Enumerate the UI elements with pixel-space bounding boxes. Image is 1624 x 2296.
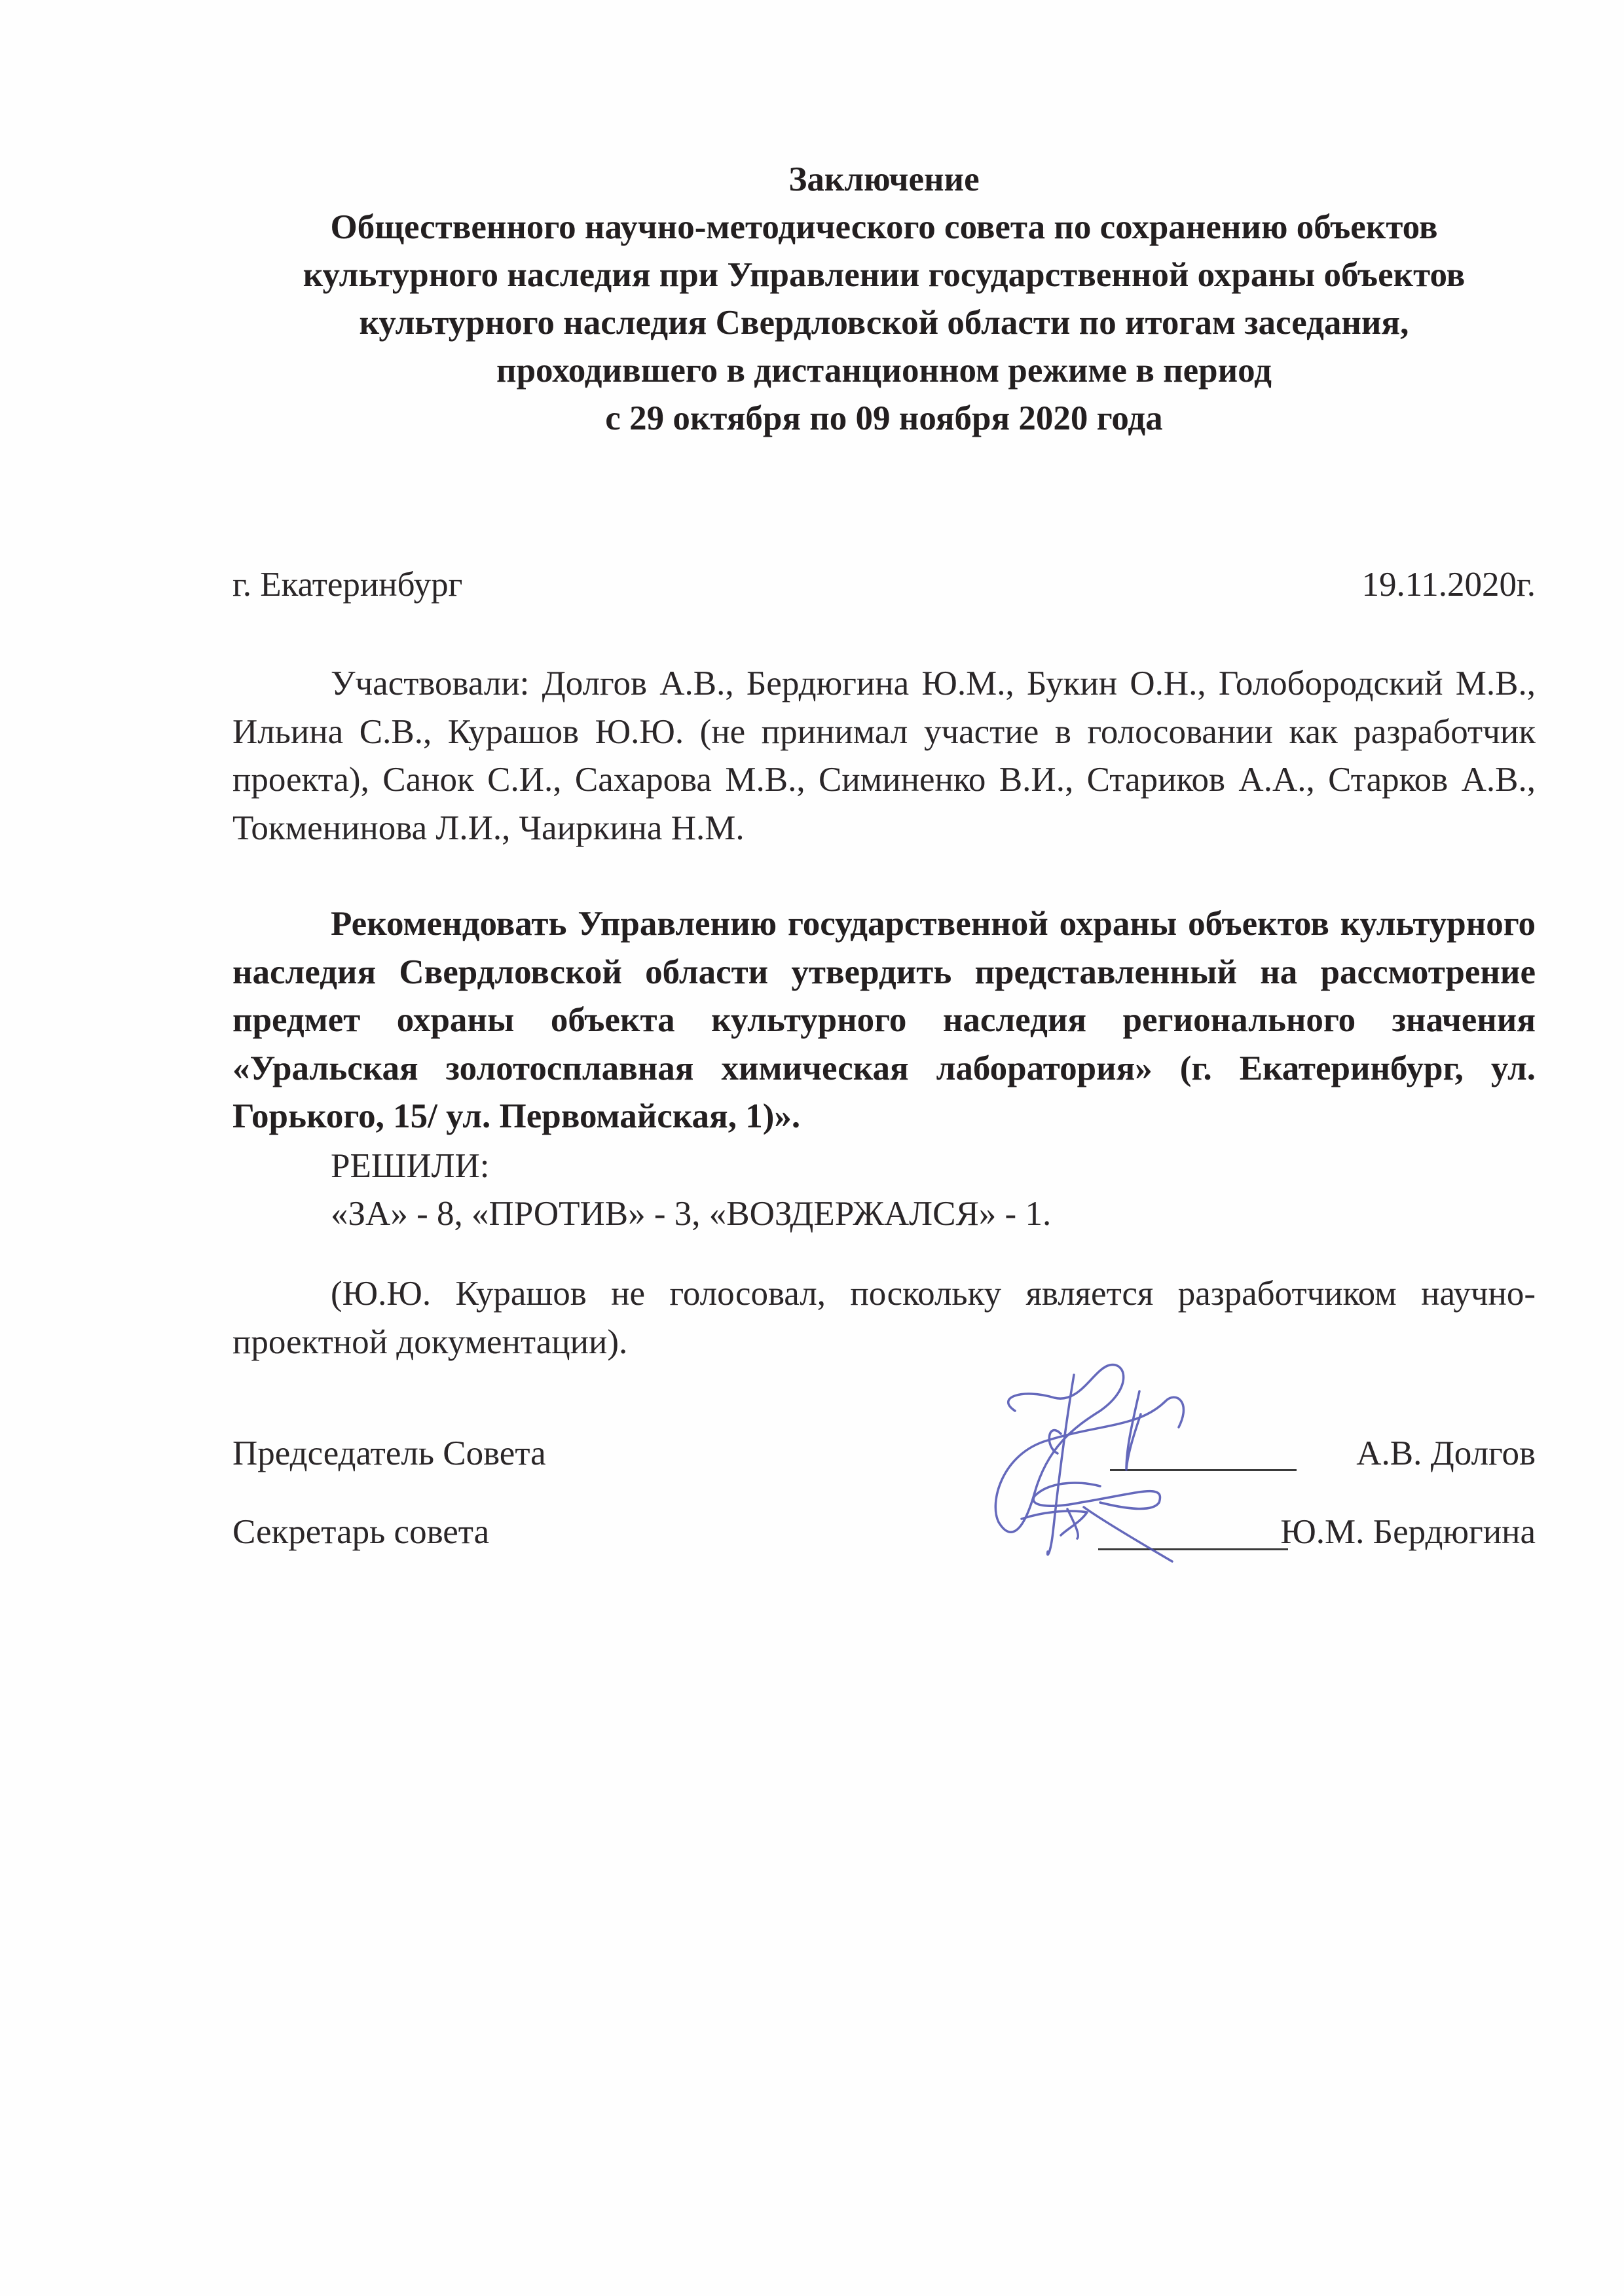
document-header: Заключение Общественного научно-методиче… <box>262 156 1506 443</box>
document-page: Заключение Общественного научно-методиче… <box>0 0 1624 2296</box>
header-line: проходившего в дистанционном режиме в пе… <box>262 347 1506 395</box>
header-line: культурного наследия при Управлении госу… <box>262 251 1506 299</box>
signature-role: Председатель Совета <box>232 1430 546 1476</box>
participants-paragraph: Участвовали: Долгов А.В., Бердюгина Ю.М.… <box>232 660 1536 852</box>
date: 19.11.2020г. <box>1361 562 1536 608</box>
header-line: с 29 октября по 09 ноября 2020 года <box>262 395 1506 443</box>
signature-row-secretary: Секретарь совета Ю.М. Бердюгина <box>232 1509 1536 1555</box>
signature-line <box>1098 1548 1288 1550</box>
signature-name: Ю.М. Бердюгина <box>1280 1509 1536 1555</box>
document-title: Заключение <box>262 156 1506 204</box>
place: г. Екатеринбург <box>232 562 462 608</box>
note-paragraph: (Ю.Ю. Курашов не голосовал, поскольку яв… <box>232 1270 1536 1366</box>
recommendation-paragraph: Рекомендовать Управлению государственной… <box>232 900 1536 1141</box>
signature-row-chairman: Председатель Совета А.В. Долгов <box>232 1430 1536 1476</box>
signature-line <box>1110 1469 1297 1471</box>
vote-result: «ЗА» - 8, «ПРОТИВ» - 3, «ВОЗДЕРЖАЛСЯ» - … <box>232 1190 1536 1239</box>
place-date-row: г. Екатеринбург 19.11.2020г. <box>232 562 1536 608</box>
header-line: культурного наследия Свердловской област… <box>262 299 1506 347</box>
signature-role: Секретарь совета <box>232 1509 489 1555</box>
header-line: Общественного научно-методического совет… <box>262 204 1506 251</box>
decision-label: РЕШИЛИ: <box>232 1142 1536 1191</box>
signature-name: А.В. Долгов <box>1356 1430 1536 1476</box>
